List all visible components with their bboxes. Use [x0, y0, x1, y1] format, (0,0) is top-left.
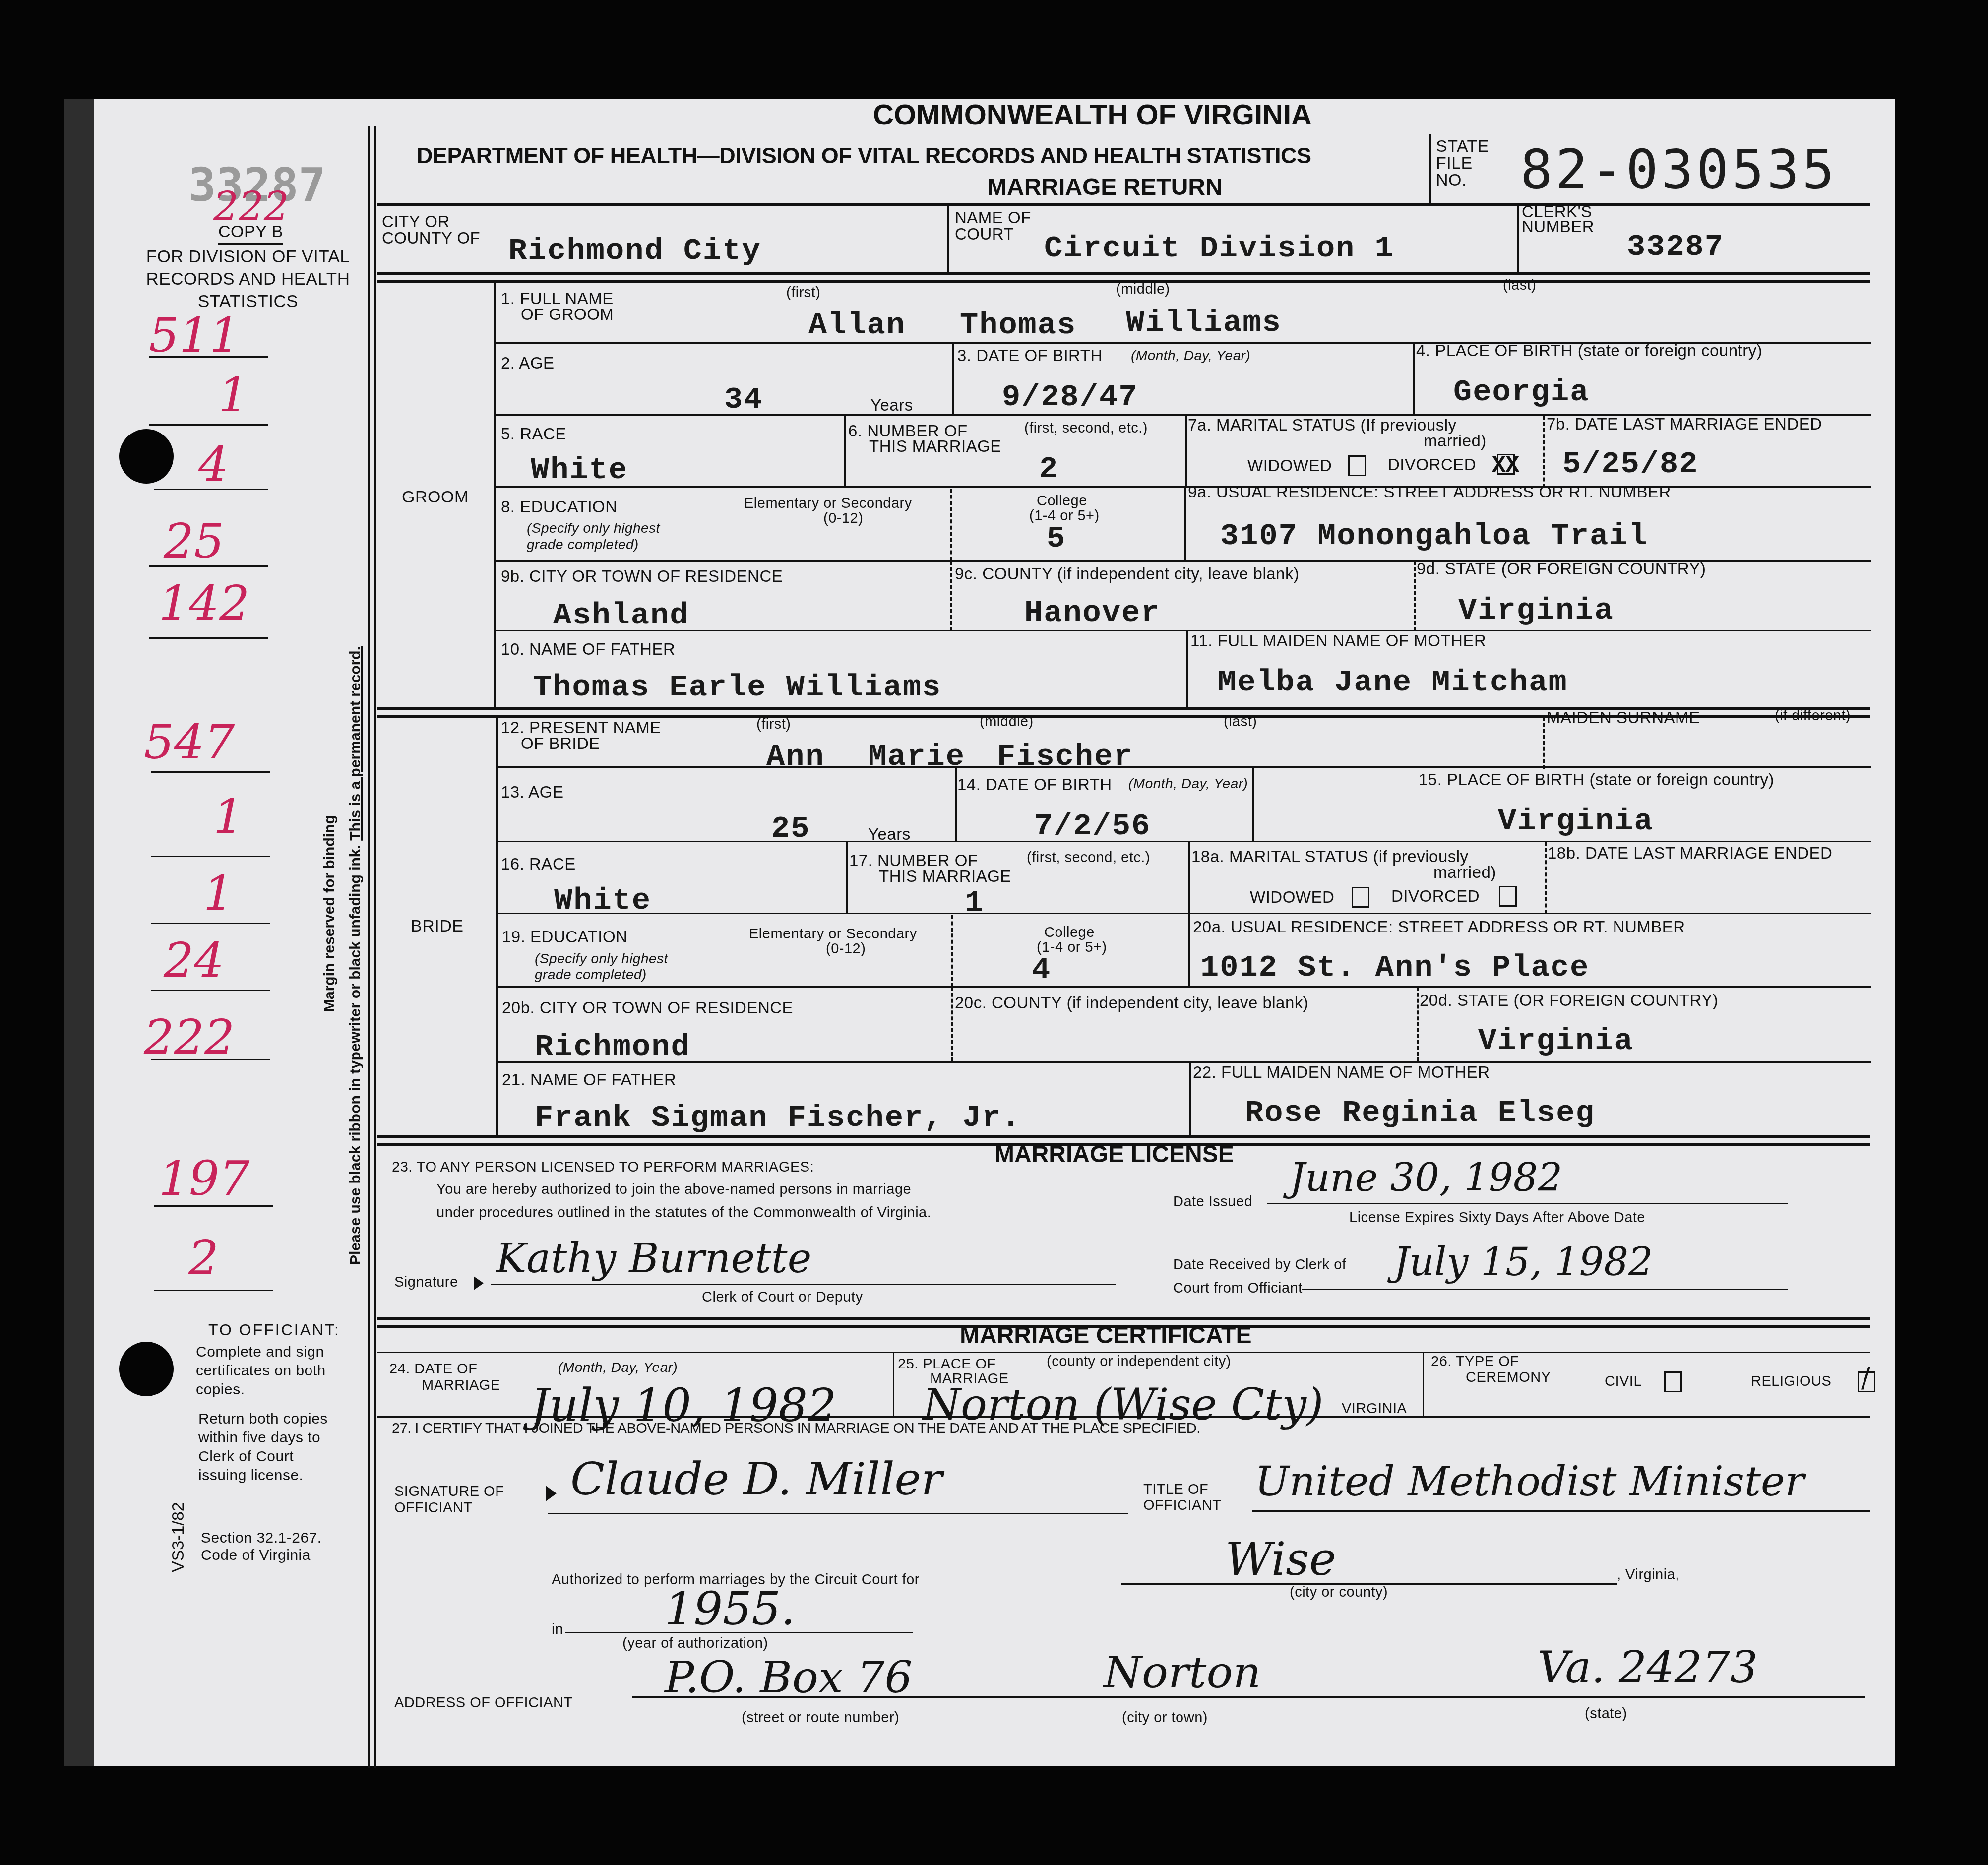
expires-note: License Expires Sixty Days After Above D…	[1349, 1210, 1645, 1225]
date-issued-line	[1267, 1203, 1788, 1204]
father-label: 10. NAME OF FATHER	[501, 641, 675, 658]
punch-hole	[119, 429, 174, 484]
divider	[1414, 561, 1416, 631]
received-label: Date Received by Clerk of	[1173, 1257, 1346, 1272]
in-label: in	[552, 1622, 563, 1637]
bride-widowed-checkbox[interactable]	[1352, 887, 1369, 908]
bride-pob-label: 15. PLACE OF BIRTH (state or foreign cou…	[1419, 771, 1774, 789]
street-label: 9a. USUAL RESIDENCE: STREET ADDRESS OR R…	[1188, 484, 1671, 501]
marriage-date-label: 24. DATE OF	[389, 1362, 477, 1376]
divider	[1417, 987, 1419, 1061]
bride-age-label: 13. AGE	[501, 784, 563, 801]
form-title: COMMONWEALTH OF VIRGINIA	[873, 98, 1312, 131]
marriage-num-label: THIS MARRIAGE	[869, 438, 1001, 455]
ink-note: Please use black ribbon in typewriter or…	[347, 646, 364, 1265]
bride-name-label: OF BRIDE	[521, 735, 600, 752]
state-file-number: 82-030535	[1520, 139, 1837, 201]
groom-college: 5	[1047, 521, 1066, 556]
rule	[377, 203, 1870, 206]
margin-line	[151, 923, 270, 924]
license-heading: MARRIAGE LICENSE	[994, 1141, 1234, 1168]
city-residence-label: 9b. CITY OR TOWN OF RESIDENCE	[501, 568, 783, 585]
groom-dob-label: 3. DATE OF BIRTH	[957, 347, 1103, 365]
groom-pob: Georgia	[1453, 374, 1589, 410]
years-label: Years	[870, 397, 913, 414]
edu-elem-label: (0-12)	[826, 941, 866, 956]
form-subtitle: MARRIAGE RETURN	[987, 174, 1223, 201]
rule	[497, 913, 1871, 914]
rule	[497, 841, 1871, 842]
arrow-icon	[474, 1276, 484, 1290]
divider	[952, 343, 954, 415]
last-ended-label: 18b. DATE LAST MARRIAGE ENDED	[1548, 845, 1832, 862]
license-text: You are hereby authorized to join the ab…	[436, 1182, 911, 1197]
authorized-court: Wise	[1225, 1533, 1336, 1586]
place-label: 25. PLACE OF	[898, 1357, 996, 1371]
rule	[497, 766, 1871, 768]
civil-label: CIVIL	[1605, 1374, 1642, 1389]
department-title: DEPARTMENT OF HEALTH—DIVISION OF VITAL R…	[417, 143, 1311, 169]
edu-college-label: College	[1044, 925, 1095, 940]
bride-middle-name: Marie	[868, 739, 965, 774]
copy-note-2: RECORDS AND HEALTH	[139, 270, 357, 289]
dob-hint: (Month, Day, Year)	[1131, 348, 1250, 363]
margin-rule	[374, 126, 376, 1768]
first-hint: (first)	[786, 285, 821, 300]
divider	[844, 416, 846, 488]
bride-city: Richmond	[535, 1029, 690, 1064]
section-divider	[494, 282, 496, 708]
marital-label: married)	[1433, 864, 1496, 881]
city-value: Richmond City	[508, 233, 761, 268]
certificate-heading: MARRIAGE CERTIFICATE	[960, 1322, 1251, 1349]
red-code: 2	[188, 1230, 219, 1286]
edu-hint: (Specify only highest	[535, 951, 668, 966]
marital-label: married)	[1424, 433, 1487, 450]
marriage-num-hint: (first, second, etc.)	[1027, 850, 1150, 865]
rule	[495, 630, 1871, 631]
groom-race: White	[531, 452, 628, 488]
groom-age-label: 2. AGE	[501, 355, 555, 372]
groom-mother: Melba Jane Mitcham	[1218, 665, 1568, 700]
red-code: 547	[144, 714, 235, 770]
civil-checkbox[interactable]	[1664, 1371, 1682, 1392]
officiant-signature: Claude D. Miller	[570, 1453, 942, 1505]
header-divider	[1429, 134, 1431, 203]
state-file-label: FILE	[1436, 155, 1473, 173]
margin-line	[149, 637, 268, 639]
red-code: 511	[149, 308, 240, 363]
address-city: Norton	[1104, 1647, 1261, 1698]
groom-widowed-checkbox[interactable]	[1348, 455, 1366, 476]
court-label: NAME OF	[955, 209, 1031, 227]
signature-label: Signature	[394, 1275, 458, 1290]
title-line	[1252, 1510, 1870, 1512]
red-code: 1	[203, 866, 234, 921]
edu-elem-label: (0-12)	[823, 511, 863, 526]
margin-line	[151, 1059, 270, 1060]
instruction-line: issuing license.	[198, 1468, 303, 1484]
year-hint: (year of authorization)	[622, 1636, 768, 1651]
edu-hint: (Specify only highest	[527, 521, 660, 535]
rule	[377, 1352, 1870, 1353]
divider	[1186, 631, 1188, 708]
marriage-num-label: THIS MARRIAGE	[879, 868, 1011, 885]
divorced-label: DIVORCED	[1391, 888, 1480, 905]
groom-name-label: OF GROOM	[521, 306, 614, 323]
street-hint: (street or route number)	[742, 1710, 899, 1725]
mother-label: 11. FULL MAIDEN NAME OF MOTHER	[1190, 632, 1486, 650]
red-code: 24	[164, 932, 224, 988]
edu-college-label: College	[1037, 494, 1087, 508]
groom-race-label: 5. RACE	[501, 426, 566, 443]
bride-section-label: BRIDE	[411, 918, 463, 935]
bride-pob: Virginia	[1498, 804, 1654, 839]
place-state: VIRGINIA	[1342, 1401, 1407, 1416]
red-code: 4	[198, 436, 229, 492]
divider	[951, 987, 953, 1061]
edu-hint: grade completed)	[535, 967, 647, 982]
divider	[846, 842, 848, 914]
date-received: July 15, 1982	[1394, 1240, 1653, 1285]
edu-label: 19. EDUCATION	[502, 929, 627, 946]
groom-state: Virginia	[1458, 593, 1614, 628]
permanent-note: This is a permanent record.	[347, 646, 364, 841]
bride-mother: Rose Reginia Elseg	[1245, 1095, 1595, 1130]
margin-line	[149, 424, 268, 426]
instruction-line: within five days to	[198, 1430, 320, 1446]
date-issued: June 30, 1982	[1290, 1156, 1562, 1200]
bride-race-label: 16. RACE	[501, 856, 576, 873]
margin-line	[149, 565, 268, 567]
county-label: 20c. COUNTY (if independent city, leave …	[955, 995, 1308, 1012]
authorization-year: 1955.	[665, 1582, 795, 1635]
groom-marriage-number: 2	[1039, 451, 1058, 487]
clerk-label: NUMBER	[1522, 218, 1594, 236]
marital-label: 18a. MARITAL STATUS (if previously	[1191, 848, 1469, 866]
city-label: CITY OR	[382, 213, 450, 231]
divider	[1189, 1062, 1191, 1136]
instruction-line: copies.	[196, 1382, 245, 1398]
bride-street: 1012 St. Ann's Place	[1200, 950, 1589, 985]
license-item-label: 23. TO ANY PERSON LICENSED TO PERFORM MA…	[392, 1160, 814, 1175]
divider	[947, 205, 949, 274]
place-hint: (county or independent city)	[1047, 1354, 1231, 1369]
groom-street: 3107 Monongahloa Trail	[1220, 518, 1648, 554]
copy-note-1: FOR DIVISION OF VITAL	[139, 248, 357, 266]
section-divider	[496, 717, 498, 1136]
last-ended-label: 7b. DATE LAST MARRIAGE ENDED	[1547, 416, 1822, 433]
ceremony-label: 26. TYPE OF	[1431, 1354, 1519, 1369]
binding-strip	[64, 99, 94, 1766]
signature-line	[548, 1513, 1128, 1514]
margin-rule	[368, 126, 370, 1768]
rule	[377, 1135, 1870, 1138]
red-code: 1	[213, 789, 244, 844]
address-label: ADDRESS OF OFFICIANT	[394, 1695, 573, 1710]
divider	[1185, 416, 1187, 488]
widowed-label: WIDOWED	[1250, 889, 1334, 906]
city-label: COUNTY OF	[382, 230, 480, 247]
widowed-label: WIDOWED	[1247, 457, 1332, 475]
bride-marriage-number: 1	[965, 885, 984, 921]
street-label: 20a. USUAL RESIDENCE: STREET ADDRESS OR …	[1193, 919, 1685, 936]
bride-dob: 7/2/56	[1034, 808, 1151, 844]
groom-age: 34	[724, 382, 763, 417]
bride-father: Frank Sigman Fischer, Jr.	[535, 1100, 1021, 1135]
margin-line	[151, 771, 270, 773]
divider	[950, 561, 952, 631]
binding-note: Margin reserved for binding	[321, 815, 338, 1012]
court-value: Circuit Division 1	[1044, 231, 1394, 266]
red-code: 1	[218, 367, 248, 423]
state-file-label: NO.	[1436, 172, 1467, 189]
edu-elem-label: Elementary or Secondary	[749, 927, 917, 941]
divider	[1184, 487, 1186, 561]
virginia-suffix: , Virginia,	[1617, 1567, 1679, 1582]
date-hint: (Month, Day, Year)	[558, 1360, 678, 1374]
last-hint: (last)	[1503, 278, 1536, 293]
groom-first-name: Allan	[808, 308, 906, 343]
signature-line	[491, 1284, 1116, 1285]
divorced-label: DIVORCED	[1388, 456, 1476, 474]
divider	[1413, 342, 1415, 416]
title-label: OFFICIANT	[1143, 1498, 1222, 1513]
last-hint: (last)	[1224, 714, 1257, 729]
dob-hint: (Month, Day, Year)	[1128, 776, 1248, 791]
divider	[1188, 842, 1190, 914]
groom-pob-label: 4. PLACE OF BIRTH (state or foreign coun…	[1416, 342, 1762, 360]
divider	[951, 915, 953, 987]
margin-line	[154, 1290, 273, 1291]
state-file-label: STATE	[1436, 138, 1489, 156]
code-section-2: Code of Virginia	[201, 1548, 311, 1563]
address-street: P.O. Box 76	[665, 1652, 913, 1703]
religious-label: RELIGIOUS	[1751, 1374, 1831, 1389]
clerk-signature: Kathy Burnette	[496, 1235, 811, 1282]
city-hint: (city or town)	[1122, 1710, 1208, 1725]
divider	[1545, 842, 1547, 914]
officiant-sig-label: OFFICIANT	[394, 1500, 473, 1515]
bride-state: Virginia	[1478, 1023, 1634, 1058]
court-label: COURT	[955, 226, 1014, 243]
groom-section-label: GROOM	[402, 489, 469, 506]
middle-hint: (middle)	[1116, 282, 1170, 297]
county-label: 9c. COUNTY (if independent city, leave b…	[955, 565, 1299, 583]
officiant-sig-label: SIGNATURE OF	[394, 1484, 504, 1499]
received-label: Court from Officiant	[1173, 1281, 1303, 1296]
city-county-hint: (city or county)	[1290, 1585, 1388, 1600]
marital-label: 7a. MARITAL STATUS (If previously	[1188, 417, 1457, 434]
edu-elem-label: Elementary or Secondary	[744, 496, 912, 511]
clerk-number: 33287	[1627, 229, 1724, 264]
arrow-icon	[546, 1486, 557, 1501]
officiant-title: United Methodist Minister	[1255, 1458, 1804, 1505]
groom-father: Thomas Earle Williams	[533, 670, 941, 705]
officiant-heading: TO OFFICIANT:	[208, 1322, 340, 1339]
margin-line	[151, 990, 270, 991]
copy-label: COPY B	[218, 223, 283, 245]
bride-last-name: Fischer	[997, 739, 1133, 774]
rule	[377, 1317, 1870, 1320]
red-code: 25	[164, 513, 224, 569]
address-state: Va. 24273	[1538, 1642, 1758, 1693]
date-issued-label: Date Issued	[1173, 1194, 1252, 1209]
edu-label: 8. EDUCATION	[501, 498, 618, 516]
groom-middle-name: Thomas	[960, 308, 1076, 343]
instruction-line: Clerk of Court	[198, 1449, 294, 1465]
groom-county: Hanover	[1024, 595, 1160, 630]
divider	[950, 489, 952, 560]
groom-last-name: Williams	[1126, 305, 1282, 340]
received-line	[1302, 1289, 1788, 1290]
punch-hole	[119, 1342, 174, 1396]
edu-hint: grade completed)	[527, 537, 639, 552]
mother-label: 22. FULL MAIDEN NAME OF MOTHER	[1193, 1064, 1490, 1081]
bride-first-name: Ann	[766, 739, 825, 774]
father-label: 21. NAME OF FATHER	[502, 1071, 676, 1089]
bride-divorced-checkbox[interactable]	[1499, 886, 1517, 907]
bride-college: 4	[1032, 952, 1051, 988]
divider	[1543, 416, 1545, 488]
state-hint: (state)	[1585, 1706, 1627, 1721]
margin-line	[154, 1205, 273, 1207]
maiden-label: MAIDEN SURNAME	[1547, 709, 1700, 727]
rule	[377, 1416, 1870, 1418]
form-number: VS3-1/82	[169, 1502, 188, 1572]
groom-dob: 9/28/47	[1002, 379, 1138, 415]
margin-line	[149, 356, 268, 358]
maiden-hint: (if different)	[1775, 708, 1851, 723]
groom-city: Ashland	[553, 598, 689, 633]
divider	[1252, 767, 1254, 842]
instruction-line: Complete and sign	[196, 1344, 324, 1360]
divider	[1423, 1353, 1424, 1418]
marriage-date-label: MARRIAGE	[422, 1378, 500, 1393]
bride-dob-label: 14. DATE OF BIRTH	[957, 776, 1112, 794]
divider	[1517, 205, 1519, 274]
divider	[1188, 914, 1190, 987]
instruction-line: certificates on both	[196, 1363, 326, 1379]
state-label: 9d. STATE (OR FOREIGN COUNTRY)	[1417, 560, 1706, 578]
divider	[1543, 717, 1545, 769]
rule	[377, 272, 1870, 275]
instruction-line: Return both copies	[198, 1411, 328, 1427]
first-hint: (first)	[756, 717, 791, 732]
ceremony-label: CEREMONY	[1466, 1370, 1551, 1385]
title-label: TITLE OF	[1143, 1482, 1208, 1497]
middle-hint: (middle)	[980, 714, 1034, 729]
marriage-num-hint: (first, second, etc.)	[1024, 421, 1148, 435]
red-code: 222	[144, 1009, 235, 1065]
red-code: 197	[159, 1151, 249, 1206]
rule	[497, 986, 1871, 988]
divider	[893, 1353, 894, 1418]
margin-line	[154, 489, 268, 490]
certify-text: 27. I CERTIFY THAT I JOINED THE ABOVE-NA…	[392, 1421, 1200, 1436]
state-label: 20d. STATE (OR FOREIGN COUNTRY)	[1420, 992, 1718, 1009]
divider	[955, 767, 957, 842]
license-text: under procedures outlined in the statute…	[436, 1205, 931, 1220]
groom-last-ended: 5/25/82	[1562, 446, 1698, 482]
code-section-1: Section 32.1-267.	[201, 1530, 322, 1546]
divorced-mark: XX	[1492, 453, 1519, 479]
margin-line	[151, 856, 270, 857]
check-mark-icon: /	[1861, 1362, 1870, 1394]
city-residence-label: 20b. CITY OR TOWN OF RESIDENCE	[502, 999, 793, 1017]
red-code: 142	[159, 575, 249, 631]
signature-role: Clerk of Court or Deputy	[702, 1290, 863, 1305]
rule	[497, 1061, 1871, 1063]
